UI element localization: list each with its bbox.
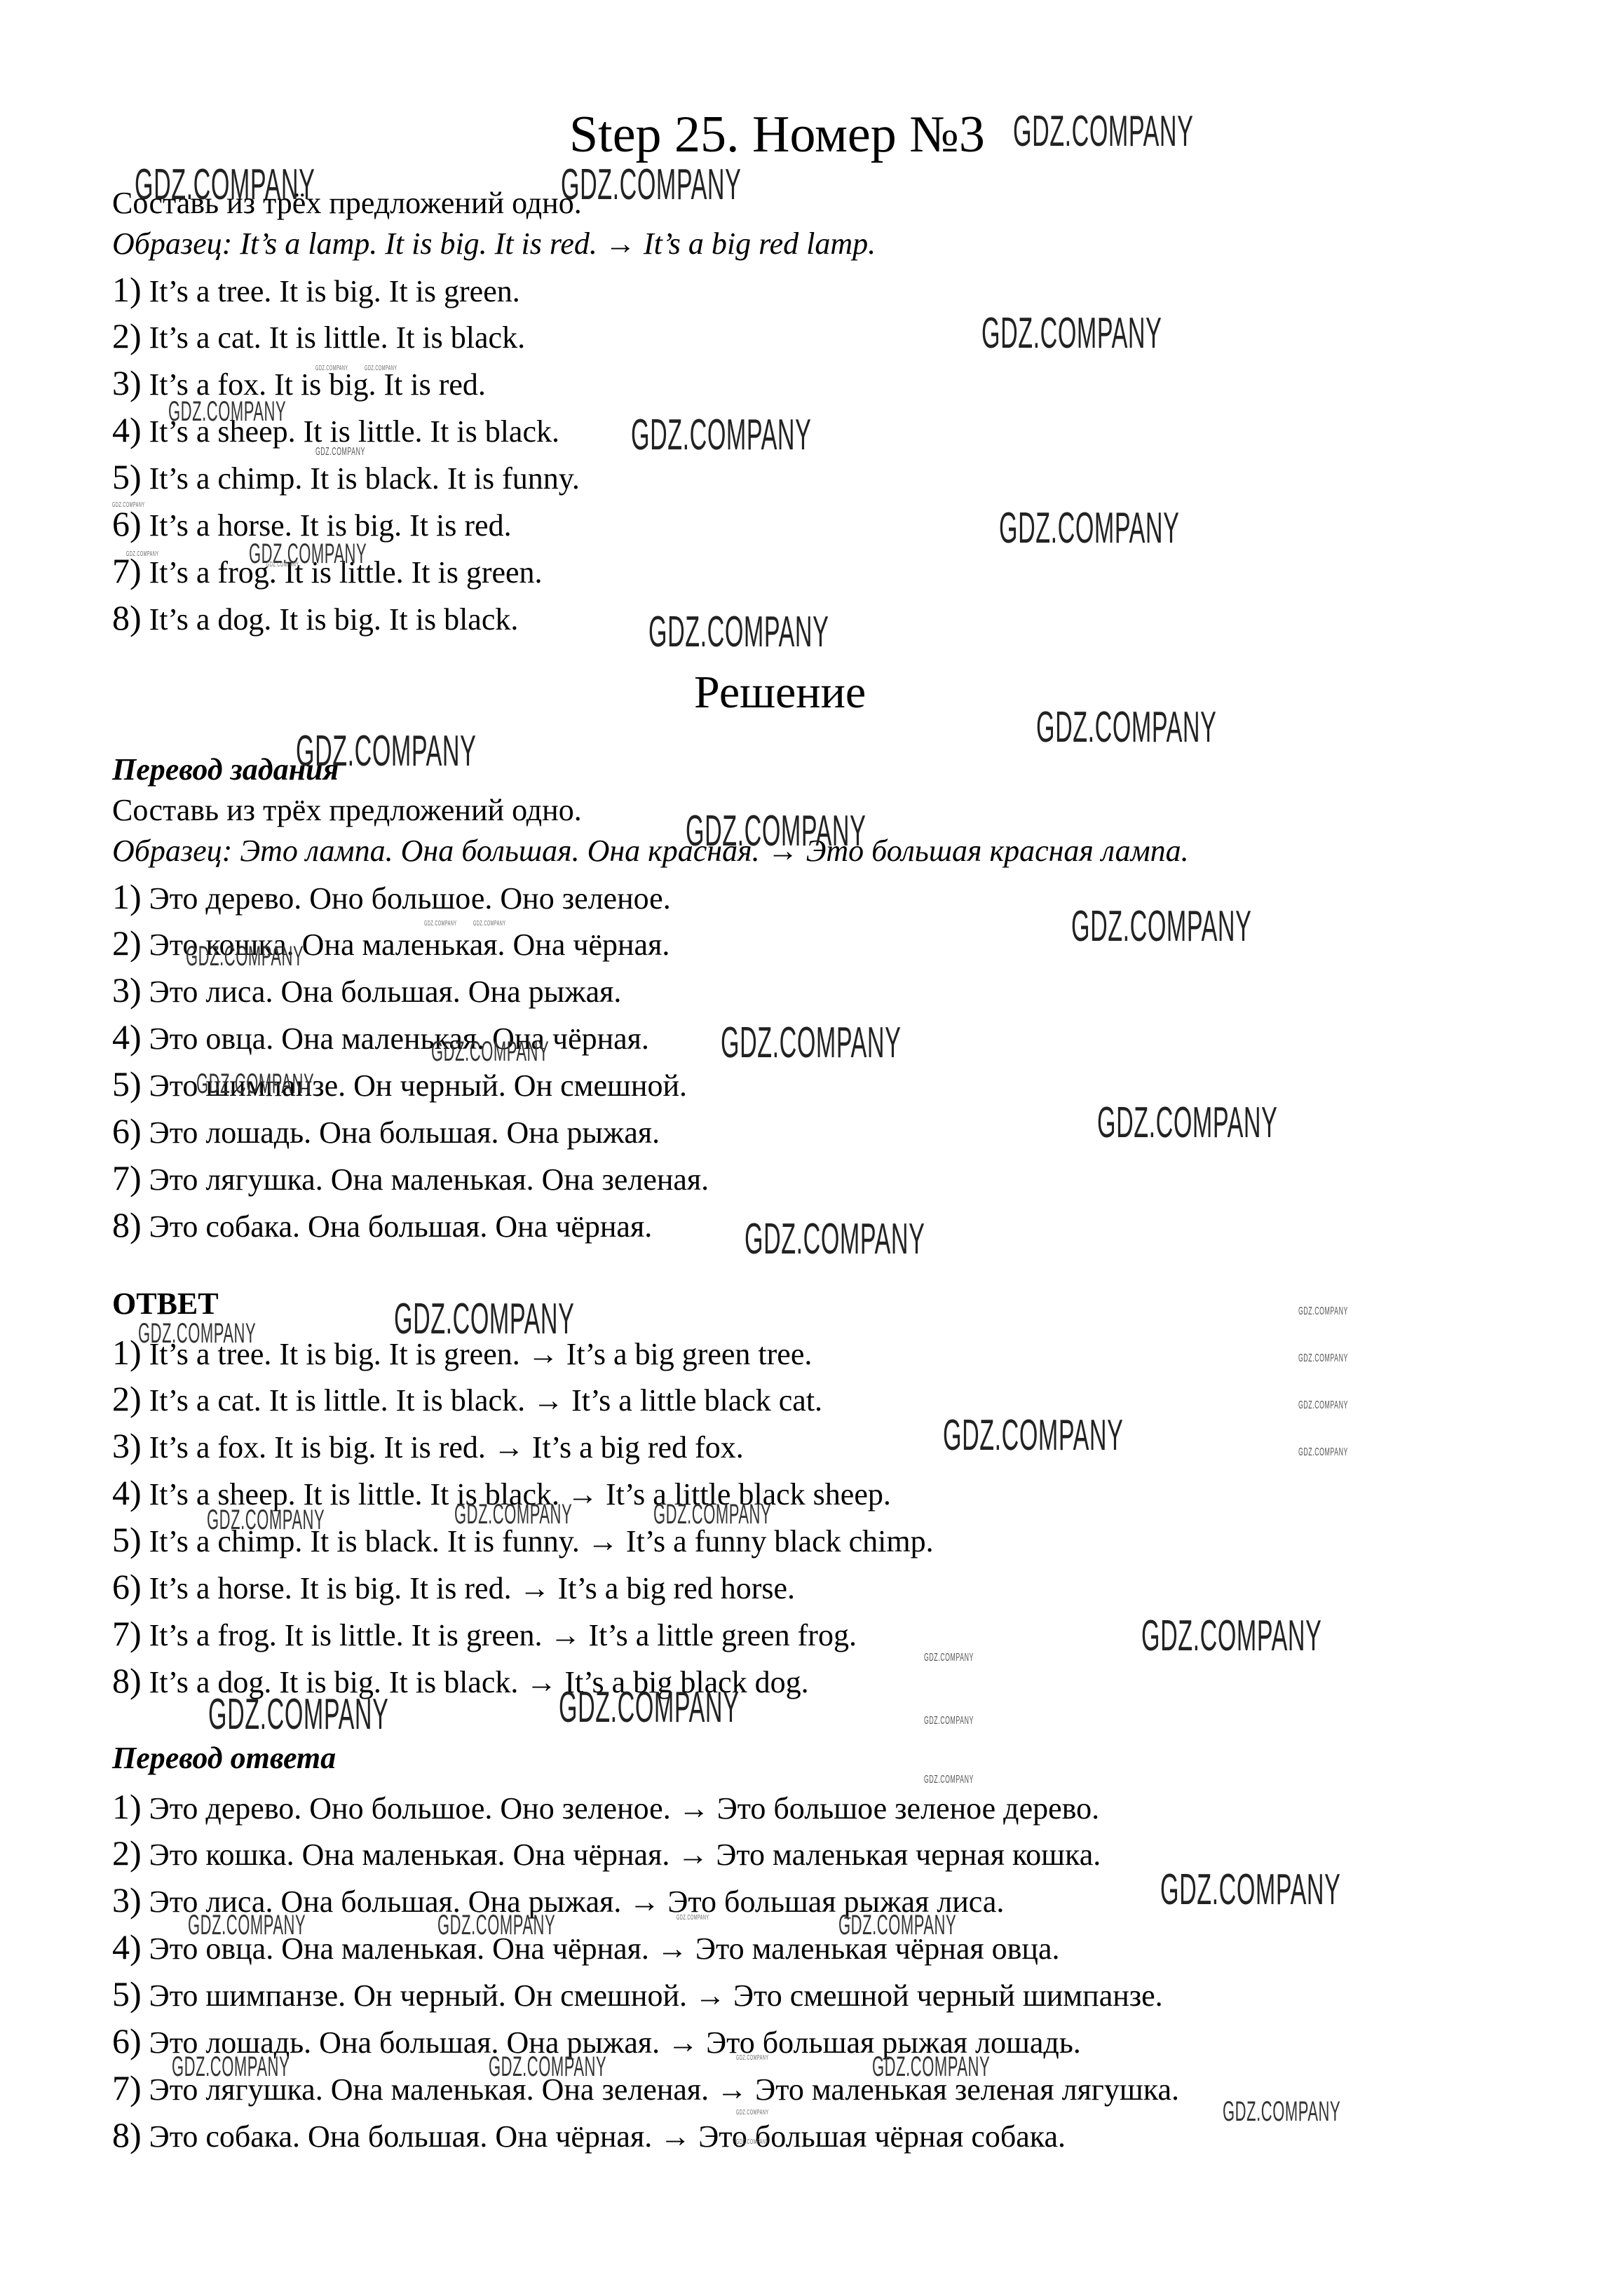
- watermark: GDZ.COMPANY: [924, 1774, 974, 1786]
- task-translation-item: 7) Это лягушка. Она маленькая. Она зелен…: [112, 1160, 709, 1195]
- watermark: GDZ.COMPANY: [653, 1499, 771, 1530]
- watermark: GDZ.COMPANY: [1141, 1611, 1321, 1661]
- watermark: GDZ.COMPANY: [943, 1411, 1123, 1460]
- watermark: GDZ.COMPANY: [431, 1036, 549, 1068]
- task-item: 6) It’s a horse. It is big. It is red.: [112, 506, 512, 541]
- watermark: GDZ.COMPANY: [1298, 1305, 1348, 1318]
- watermark: GDZ.COMPANY: [745, 1214, 925, 1264]
- watermark: GDZ.COMPANY: [1071, 902, 1251, 951]
- task-item: 8) It’s a dog. It is big. It is black.: [112, 600, 518, 635]
- watermark: GDZ.COMPANY: [424, 920, 457, 928]
- task-item: 2) It’s a cat. It is little. It is black…: [112, 318, 525, 353]
- watermark: GDZ.COMPANY: [208, 1690, 388, 1739]
- watermark: GDZ.COMPANY: [172, 2051, 290, 2083]
- watermark: GDZ.COMPANY: [924, 1652, 974, 1664]
- watermark: GDZ.COMPANY: [315, 365, 348, 372]
- watermark: GDZ.COMPANY: [1013, 107, 1193, 156]
- watermark: GDZ.COMPANY: [838, 1910, 956, 1941]
- watermark: GDZ.COMPANY: [631, 410, 811, 460]
- watermark: GDZ.COMPANY: [473, 920, 506, 928]
- answer-item: 3) It’s a fox. It is big. It is red. → I…: [112, 1428, 744, 1463]
- answer-translation-heading: Перевод ответа: [112, 1743, 336, 1774]
- watermark: GDZ.COMPANY: [186, 941, 304, 972]
- answer-translation-item: 5) Это шимпанзе. Он черный. Он смешной. …: [112, 1976, 1163, 2011]
- watermark: GDZ.COMPANY: [126, 550, 159, 558]
- watermark: GDZ.COMPANY: [981, 308, 1162, 358]
- watermark: GDZ.COMPANY: [454, 1499, 572, 1530]
- watermark: GDZ.COMPANY: [561, 160, 741, 210]
- watermark: GDZ.COMPANY: [559, 1683, 739, 1732]
- task-translation-instruction: Составь из трёх предложений одно.: [112, 795, 582, 826]
- watermark: GDZ.COMPANY: [1097, 1098, 1277, 1148]
- watermark: GDZ.COMPANY: [1298, 1446, 1348, 1459]
- task-example: Образец: It’s a lamp. It is big. It is r…: [112, 229, 876, 259]
- watermark: GDZ.COMPANY: [135, 160, 315, 210]
- watermark: GDZ.COMPANY: [648, 607, 829, 657]
- watermark: GDZ.COMPANY: [296, 726, 476, 776]
- answer-heading: ОТВЕТ: [112, 1289, 219, 1319]
- answer-translation-item: 8) Это собака. Она большая. Она чёрная. …: [112, 2117, 1066, 2152]
- task-translation-item: 3) Это лиса. Она большая. Она рыжая.: [112, 972, 621, 1007]
- task-translation-item: 6) Это лошадь. Она большая. Она рыжая.: [112, 1113, 660, 1148]
- task-item: 5) It’s a chimp. It is black. It is funn…: [112, 459, 580, 494]
- answer-translation-item: 2) Это кошка. Она маленькая. Она чёрная.…: [112, 1835, 1101, 1870]
- page-title: Step 25. Номер №3: [569, 105, 985, 165]
- watermark: GDZ.COMPANY: [138, 1318, 256, 1350]
- task-translation-item: 4) Это овца. Она маленькая. Она чёрная.: [112, 1019, 649, 1054]
- watermark: GDZ.COMPANY: [437, 1910, 555, 1941]
- task-item: 3) It’s a fox. It is big. It is red.: [112, 365, 486, 400]
- watermark: GDZ.COMPANY: [394, 1294, 574, 1344]
- watermark: GDZ.COMPANY: [1036, 702, 1216, 752]
- watermark: GDZ.COMPANY: [999, 503, 1179, 553]
- watermark: GDZ.COMPANY: [112, 501, 145, 509]
- watermark: GDZ.COMPANY: [365, 365, 397, 372]
- task-item: 1) It’s a tree. It is big. It is green.: [112, 272, 520, 307]
- answer-item: 6) It’s a horse. It is big. It is red. →…: [112, 1569, 795, 1604]
- watermark: GDZ.COMPANY: [872, 2051, 990, 2083]
- watermark: GDZ.COMPANY: [924, 1715, 974, 1727]
- watermark: GDZ.COMPANY: [686, 806, 866, 856]
- watermark: GDZ.COMPANY: [721, 1018, 901, 1068]
- watermark: GDZ.COMPANY: [736, 2054, 769, 2062]
- answer-item: 2) It’s a cat. It is little. It is black…: [112, 1381, 822, 1416]
- watermark: GDZ.COMPANY: [1160, 1865, 1340, 1915]
- watermark: GDZ.COMPANY: [168, 396, 286, 428]
- watermark: GDZ.COMPANY: [736, 2109, 769, 2117]
- task-translation-item: 8) Это собака. Она большая. Она чёрная.: [112, 1207, 652, 1242]
- watermark: GDZ.COMPANY: [1298, 1399, 1348, 1412]
- answer-translation-item: 1) Это дерево. Оно большое. Оно зеленое.…: [112, 1789, 1099, 1824]
- watermark: GDZ.COMPANY: [1298, 1352, 1348, 1365]
- watermark: GDZ.COMPANY: [207, 1504, 325, 1536]
- task-translation-example: Образец: Это лампа. Она большая. Она кра…: [112, 836, 1189, 867]
- watermark: GDZ.COMPANY: [677, 1914, 709, 1922]
- watermark: GDZ.COMPANY: [196, 1068, 314, 1100]
- solution-heading: Решение: [694, 666, 866, 719]
- document-page: Step 25. Номер №3 Составь из трёх предло…: [0, 0, 1604, 2296]
- watermark: GDZ.COMPANY: [188, 1910, 306, 1941]
- watermark: GDZ.COMPANY: [736, 2138, 769, 2146]
- watermark: GDZ.COMPANY: [489, 2051, 606, 2083]
- answer-item: 7) It’s a frog. It is little. It is gree…: [112, 1616, 857, 1651]
- watermark: GDZ.COMPANY: [315, 446, 365, 458]
- task-translation-item: 1) Это дерево. Оно большое. Оно зеленое.: [112, 879, 671, 914]
- watermark: GDZ.COMPANY: [1223, 2096, 1340, 2128]
- watermark: GDZ.COMPANY: [266, 561, 299, 569]
